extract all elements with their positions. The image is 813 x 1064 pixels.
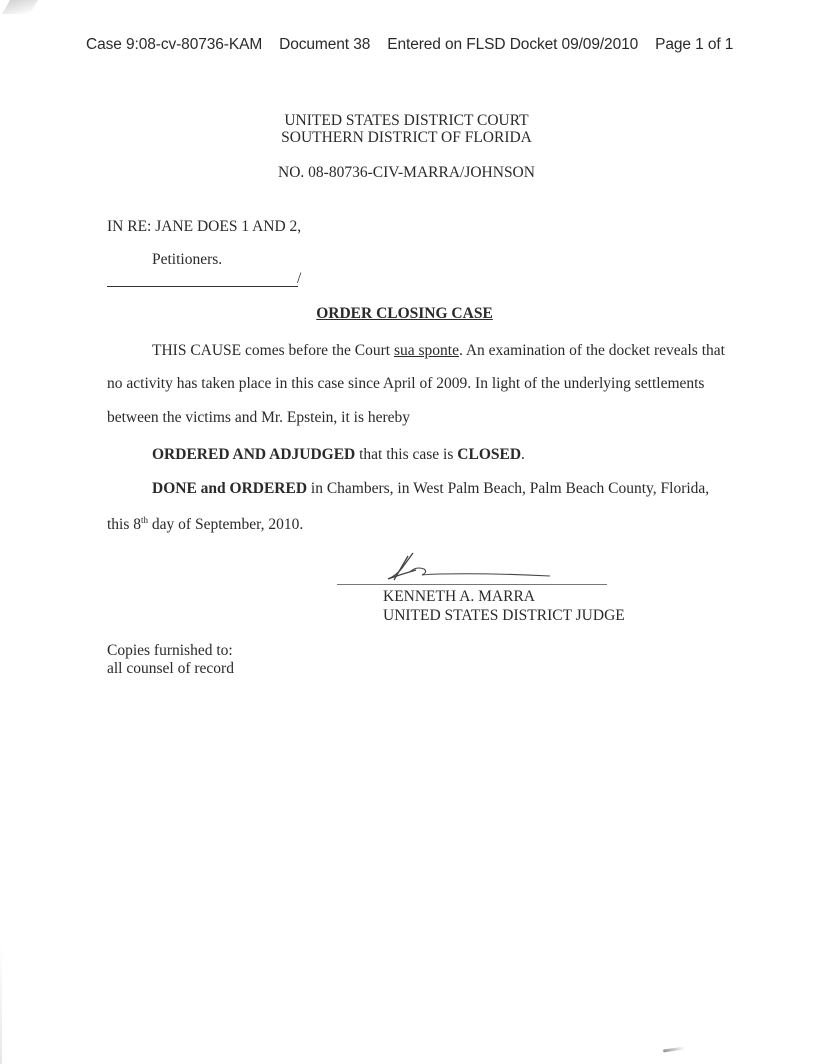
paragraph-1-line-3: between the victims and Mr. Epstein, it …: [107, 409, 719, 427]
ordered-adjudged: ORDERED AND ADJUDGED that this case is C…: [152, 446, 764, 464]
court-line-1: UNITED STATES DISTRICT COURT: [0, 112, 813, 129]
paragraph-1-line-2: no activity has taken place in this case…: [107, 375, 719, 393]
caption-in-re: IN RE: JANE DOES 1 AND 2,: [107, 218, 301, 236]
scan-artifact: [663, 1046, 685, 1052]
caption-slash: /: [297, 270, 301, 288]
case-number: NO. 08-80736-CIV-MARRA/JOHNSON: [0, 164, 813, 182]
signature-line: [337, 584, 607, 585]
court-name: UNITED STATES DISTRICT COURT SOUTHERN DI…: [0, 112, 813, 146]
copies-label: Copies furnished to:: [107, 642, 234, 660]
caption-party: Petitioners.: [152, 251, 222, 269]
judge-title: UNITED STATES DISTRICT JUDGE: [383, 606, 625, 625]
copies-furnished: Copies furnished to: all counsel of reco…: [107, 642, 234, 678]
order-title: ORDER CLOSING CASE: [0, 305, 813, 323]
entered-date: Entered on FLSD Docket 09/09/2010: [387, 36, 638, 53]
judge-name: KENNETH A. MARRA: [383, 587, 625, 606]
order-date: this 8th day of September, 2010.: [107, 516, 719, 534]
document-page: Case 9:08-cv-80736-KAMDocument 38Entered…: [0, 0, 813, 1064]
page-indicator: Page 1 of 1: [655, 36, 733, 53]
copies-recipients: all counsel of record: [107, 660, 234, 678]
docket-header: Case 9:08-cv-80736-KAMDocument 38Entered…: [86, 36, 750, 54]
caption-divider: [107, 286, 298, 287]
paragraph-1: THIS CAUSE comes before the Court sua sp…: [152, 342, 764, 360]
scan-edge: [0, 940, 2, 1064]
case-id: Case 9:08-cv-80736-KAM: [86, 36, 262, 53]
signature-icon: [380, 550, 560, 584]
court-line-2: SOUTHERN DISTRICT OF FLORIDA: [0, 129, 813, 146]
done-ordered: DONE and ORDERED in Chambers, in West Pa…: [152, 480, 764, 498]
document-number: Document 38: [279, 36, 370, 53]
scan-artifact: [2, 0, 38, 14]
judge-block: KENNETH A. MARRA UNITED STATES DISTRICT …: [383, 587, 625, 625]
sua-sponte: sua sponte: [394, 342, 459, 359]
